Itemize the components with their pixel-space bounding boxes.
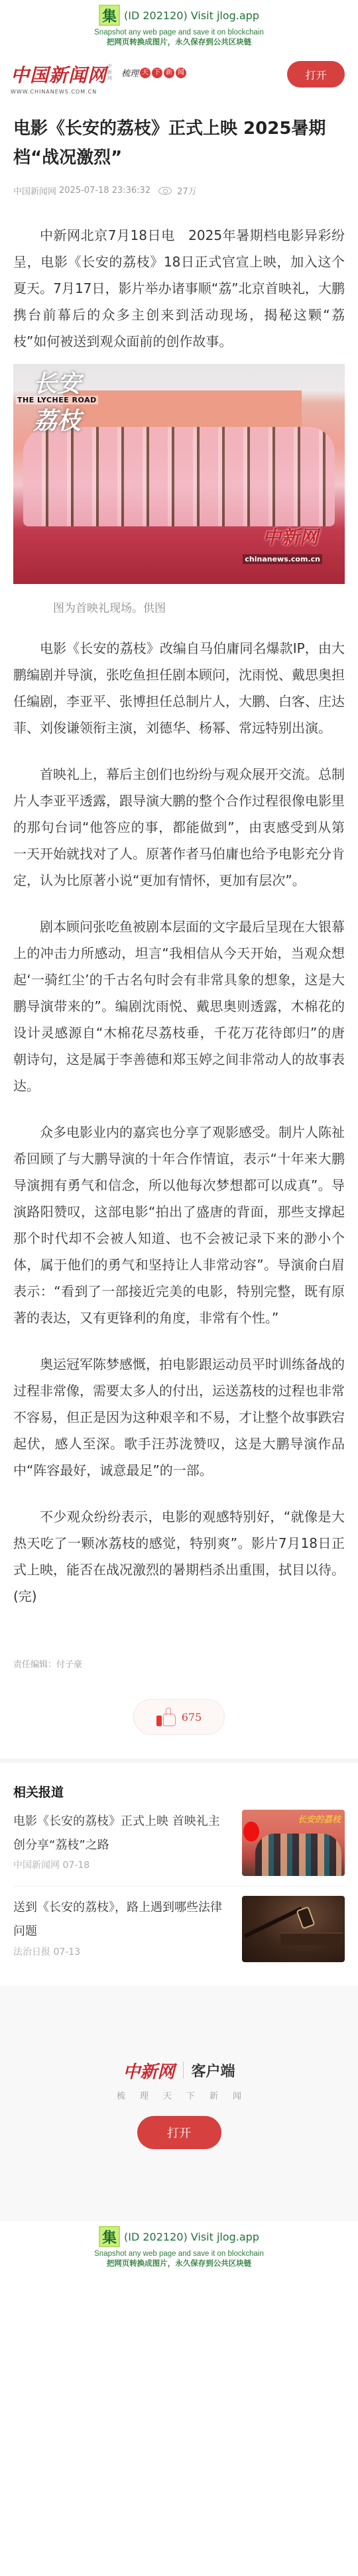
related-thumbnail-gavel bbox=[242, 1896, 345, 1962]
photo-watermark-url: chinanews.com.cn bbox=[243, 554, 322, 564]
like-count: 675 bbox=[182, 1711, 202, 1724]
site-logo[interactable]: 中国新闻网 WWW.CHINANEWS.COM.CN 中新网 bbox=[11, 61, 107, 95]
related-item[interactable]: 送到《长安的荔枝》，路上遇到哪些法律问题 法治日报 07-13 bbox=[13, 1887, 345, 1973]
jlog-id-link[interactable]: (ID 202120) Visit jlog.app bbox=[124, 9, 259, 22]
app-slogan: 梳理天下新闻 bbox=[0, 2089, 358, 2101]
app-promo-footer: 中新网 客户端 梳理天下新闻 打开 bbox=[0, 1986, 358, 2221]
slogan-char: 闻 bbox=[176, 68, 186, 78]
related-section: 相关报道 电影《长安的荔枝》正式上映 首映礼主创分享“荔枝”之路 中国新闻网 0… bbox=[0, 1783, 358, 1973]
related-item[interactable]: 电影《长安的荔枝》正式上映 首映礼主创分享“荔枝”之路 中国新闻网 07-18 … bbox=[13, 1800, 345, 1887]
photo-watermark: 中新网 bbox=[263, 523, 318, 550]
article-photo[interactable]: 长安 THE LYCHEE ROAD 荔枝 中新网 chinanews.com.… bbox=[13, 364, 345, 584]
jlog-badge-icon: 集 bbox=[99, 5, 120, 26]
app-name: 客户端 bbox=[192, 2060, 235, 2081]
section-divider bbox=[0, 1759, 358, 1763]
slogan-prefix: 梳理 bbox=[121, 66, 139, 79]
article-paragraph: 奥运冠军陈梦感慨，拍电影跟运动员平时训练备战的过程非常像，需要太多人的付出，运送… bbox=[13, 1351, 345, 1484]
like-section: 675 bbox=[13, 1699, 345, 1735]
like-button[interactable]: 675 bbox=[133, 1699, 225, 1735]
thumbnail-title: 长安的荔枝 bbox=[298, 1812, 341, 1825]
related-title: 相关报道 bbox=[13, 1783, 345, 1800]
thumbs-up-icon bbox=[156, 1708, 176, 1726]
related-meta: 法治日报 07-13 bbox=[13, 1945, 225, 1963]
jlog-line-en: Snapshot any web page and save it on blo… bbox=[0, 28, 358, 37]
article-title: 电影《长安的荔枝》正式上映 2025暑期档“战况激烈” bbox=[13, 114, 345, 172]
slogan-char: 新 bbox=[164, 68, 174, 78]
article-paragraph: 中新网北京7月18日电 2025年暑期档电影异彩纷呈，电影《长安的荔枝》18日正… bbox=[13, 222, 345, 355]
article-views: 27万 bbox=[158, 184, 197, 197]
poster-title-top: 长安 bbox=[33, 365, 81, 399]
open-app-button-footer[interactable]: 打开 bbox=[137, 2116, 221, 2149]
article: 电影《长安的荔枝》正式上映 2025暑期档“战况激烈” 中国新闻网 2025-0… bbox=[0, 114, 358, 1735]
eye-icon bbox=[158, 187, 172, 195]
site-header: 中国新闻网 WWW.CHINANEWS.COM.CN 中新网 梳理 天 下 新 … bbox=[0, 53, 358, 99]
jlog-banner-top: 集 (ID 202120) Visit jlog.app Snapshot an… bbox=[0, 0, 358, 53]
jlog-id-link[interactable]: (ID 202120) Visit jlog.app bbox=[124, 2231, 259, 2243]
site-logo-url: WWW.CHINANEWS.COM.CN bbox=[11, 89, 107, 95]
article-source: 中国新闻网 bbox=[13, 184, 56, 197]
slogan-char: 下 bbox=[152, 68, 162, 78]
open-app-button[interactable]: 打开 bbox=[287, 61, 345, 88]
jlog-line-en: Snapshot any web page and save it on blo… bbox=[0, 2249, 358, 2258]
article-editor: 责任编辑：付子豪 bbox=[13, 1657, 345, 1670]
article-paragraph: 剧本顾问张吃鱼被剧本层面的文字最后呈现在大银幕上的冲击力所感动，坦言“我相信从今… bbox=[13, 913, 345, 1099]
header-slogan: 梳理 天 下 新 闻 bbox=[121, 66, 186, 79]
slogan-char: 天 bbox=[140, 68, 150, 78]
photo-crowd bbox=[23, 427, 335, 526]
article-paragraph: 众多电影业内的嘉宾也分享了观影感受。制片人陈祉希回顾了与大鹏导演的十年合作情谊，… bbox=[13, 1119, 345, 1331]
article-paragraph: 电影《长安的荔枝》改编自马伯庸同名爆款IP，由大鹏编剧并导演，张吃鱼担任剧本顾问… bbox=[13, 635, 345, 741]
article-paragraph: 不少观众纷纷表示，电影的观感特别好，“就像是大热天吃了一颗冰荔枝的感觉，特别爽”… bbox=[13, 1503, 345, 1610]
jlog-line-zh: 把网页转换成图片，永久保存到公共区块链 bbox=[0, 2258, 358, 2268]
article-paragraph: 首映礼上，幕后主创们也纷纷与观众展开交流。总制片人李亚平透露，跟导演大鹏的整个合… bbox=[13, 761, 345, 894]
jlog-badge-icon: 集 bbox=[99, 2226, 120, 2247]
related-thumbnail: 长安的荔枝 bbox=[242, 1810, 345, 1876]
photo-caption: 图为首映礼现场。供图 bbox=[13, 599, 345, 615]
article-datetime: 2025-07-18 23:36:32 bbox=[59, 186, 150, 196]
views-count: 27万 bbox=[177, 184, 197, 197]
poster-title-bottom: 荔枝 bbox=[33, 402, 81, 436]
article-meta: 中国新闻网 2025-07-18 23:36:32 27万 bbox=[13, 184, 345, 197]
jlog-line-zh: 把网页转换成图片，永久保存到公共区块链 bbox=[0, 37, 358, 46]
site-logo-side: 中新网 bbox=[107, 64, 114, 82]
site-logo-text: 中国新闻网 bbox=[11, 61, 107, 88]
app-logo: 中新网 bbox=[123, 2058, 174, 2083]
related-headline: 电影《长安的荔枝》正式上映 首映礼主创分享“荔枝”之路 bbox=[13, 1810, 225, 1857]
related-meta: 中国新闻网 07-18 bbox=[13, 1858, 225, 1877]
divider bbox=[183, 2062, 184, 2079]
jlog-banner-bottom: 集 (ID 202120) Visit jlog.app Snapshot an… bbox=[0, 2221, 358, 2274]
related-headline: 送到《长安的荔枝》，路上遇到哪些法律问题 bbox=[13, 1896, 225, 1944]
